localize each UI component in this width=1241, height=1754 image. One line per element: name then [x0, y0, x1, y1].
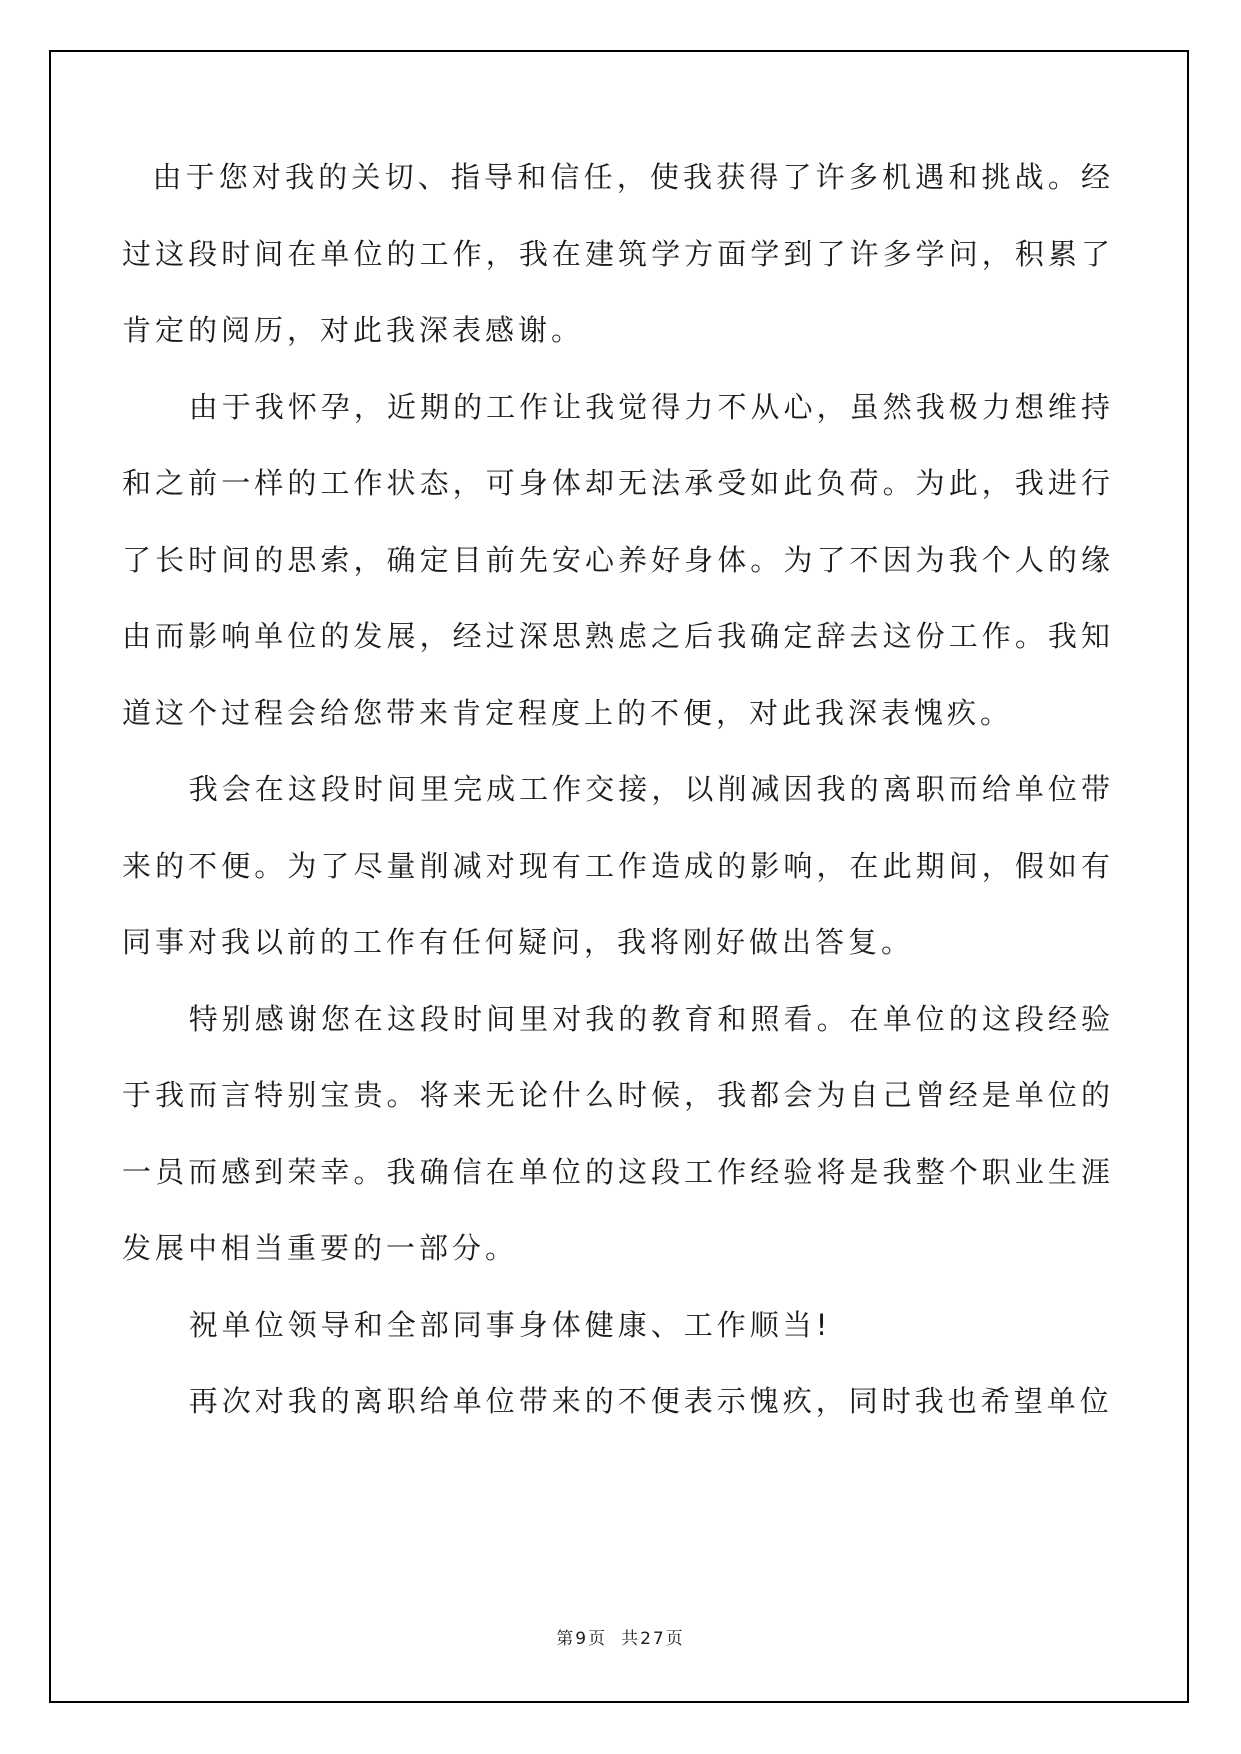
paragraph: 再次对我的离职给单位带来的不便表示愧疚，同时我也希望单位: [122, 1363, 1114, 1440]
page-footer: 第9页共27页: [0, 1624, 1241, 1649]
document-page: 由于您对我的关切、指导和信任，使我获得了许多机遇和挑战。经过这段时间在单位的工作…: [0, 0, 1241, 1754]
document-body: 由于您对我的关切、指导和信任，使我获得了许多机遇和挑战。经过这段时间在单位的工作…: [122, 139, 1114, 1440]
paragraph: 由于我怀孕，近期的工作让我觉得力不从心，虽然我极力想维持和之前一样的工作状态，可…: [122, 369, 1114, 752]
paragraph: 由于您对我的关切、指导和信任，使我获得了许多机遇和挑战。经过这段时间在单位的工作…: [122, 139, 1114, 369]
paragraph: 祝单位领导和全部同事身体健康、工作顺当!: [122, 1287, 1114, 1364]
page-number-current: 第9页: [556, 1629, 607, 1649]
page-number-total: 共27页: [621, 1629, 685, 1649]
paragraph: 特别感谢您在这段时间里对我的教育和照看。在单位的这段经验于我而言特别宝贵。将来无…: [122, 981, 1114, 1287]
paragraph: 我会在这段时间里完成工作交接，以削减因我的离职而给单位带来的不便。为了尽量削减对…: [122, 751, 1114, 981]
